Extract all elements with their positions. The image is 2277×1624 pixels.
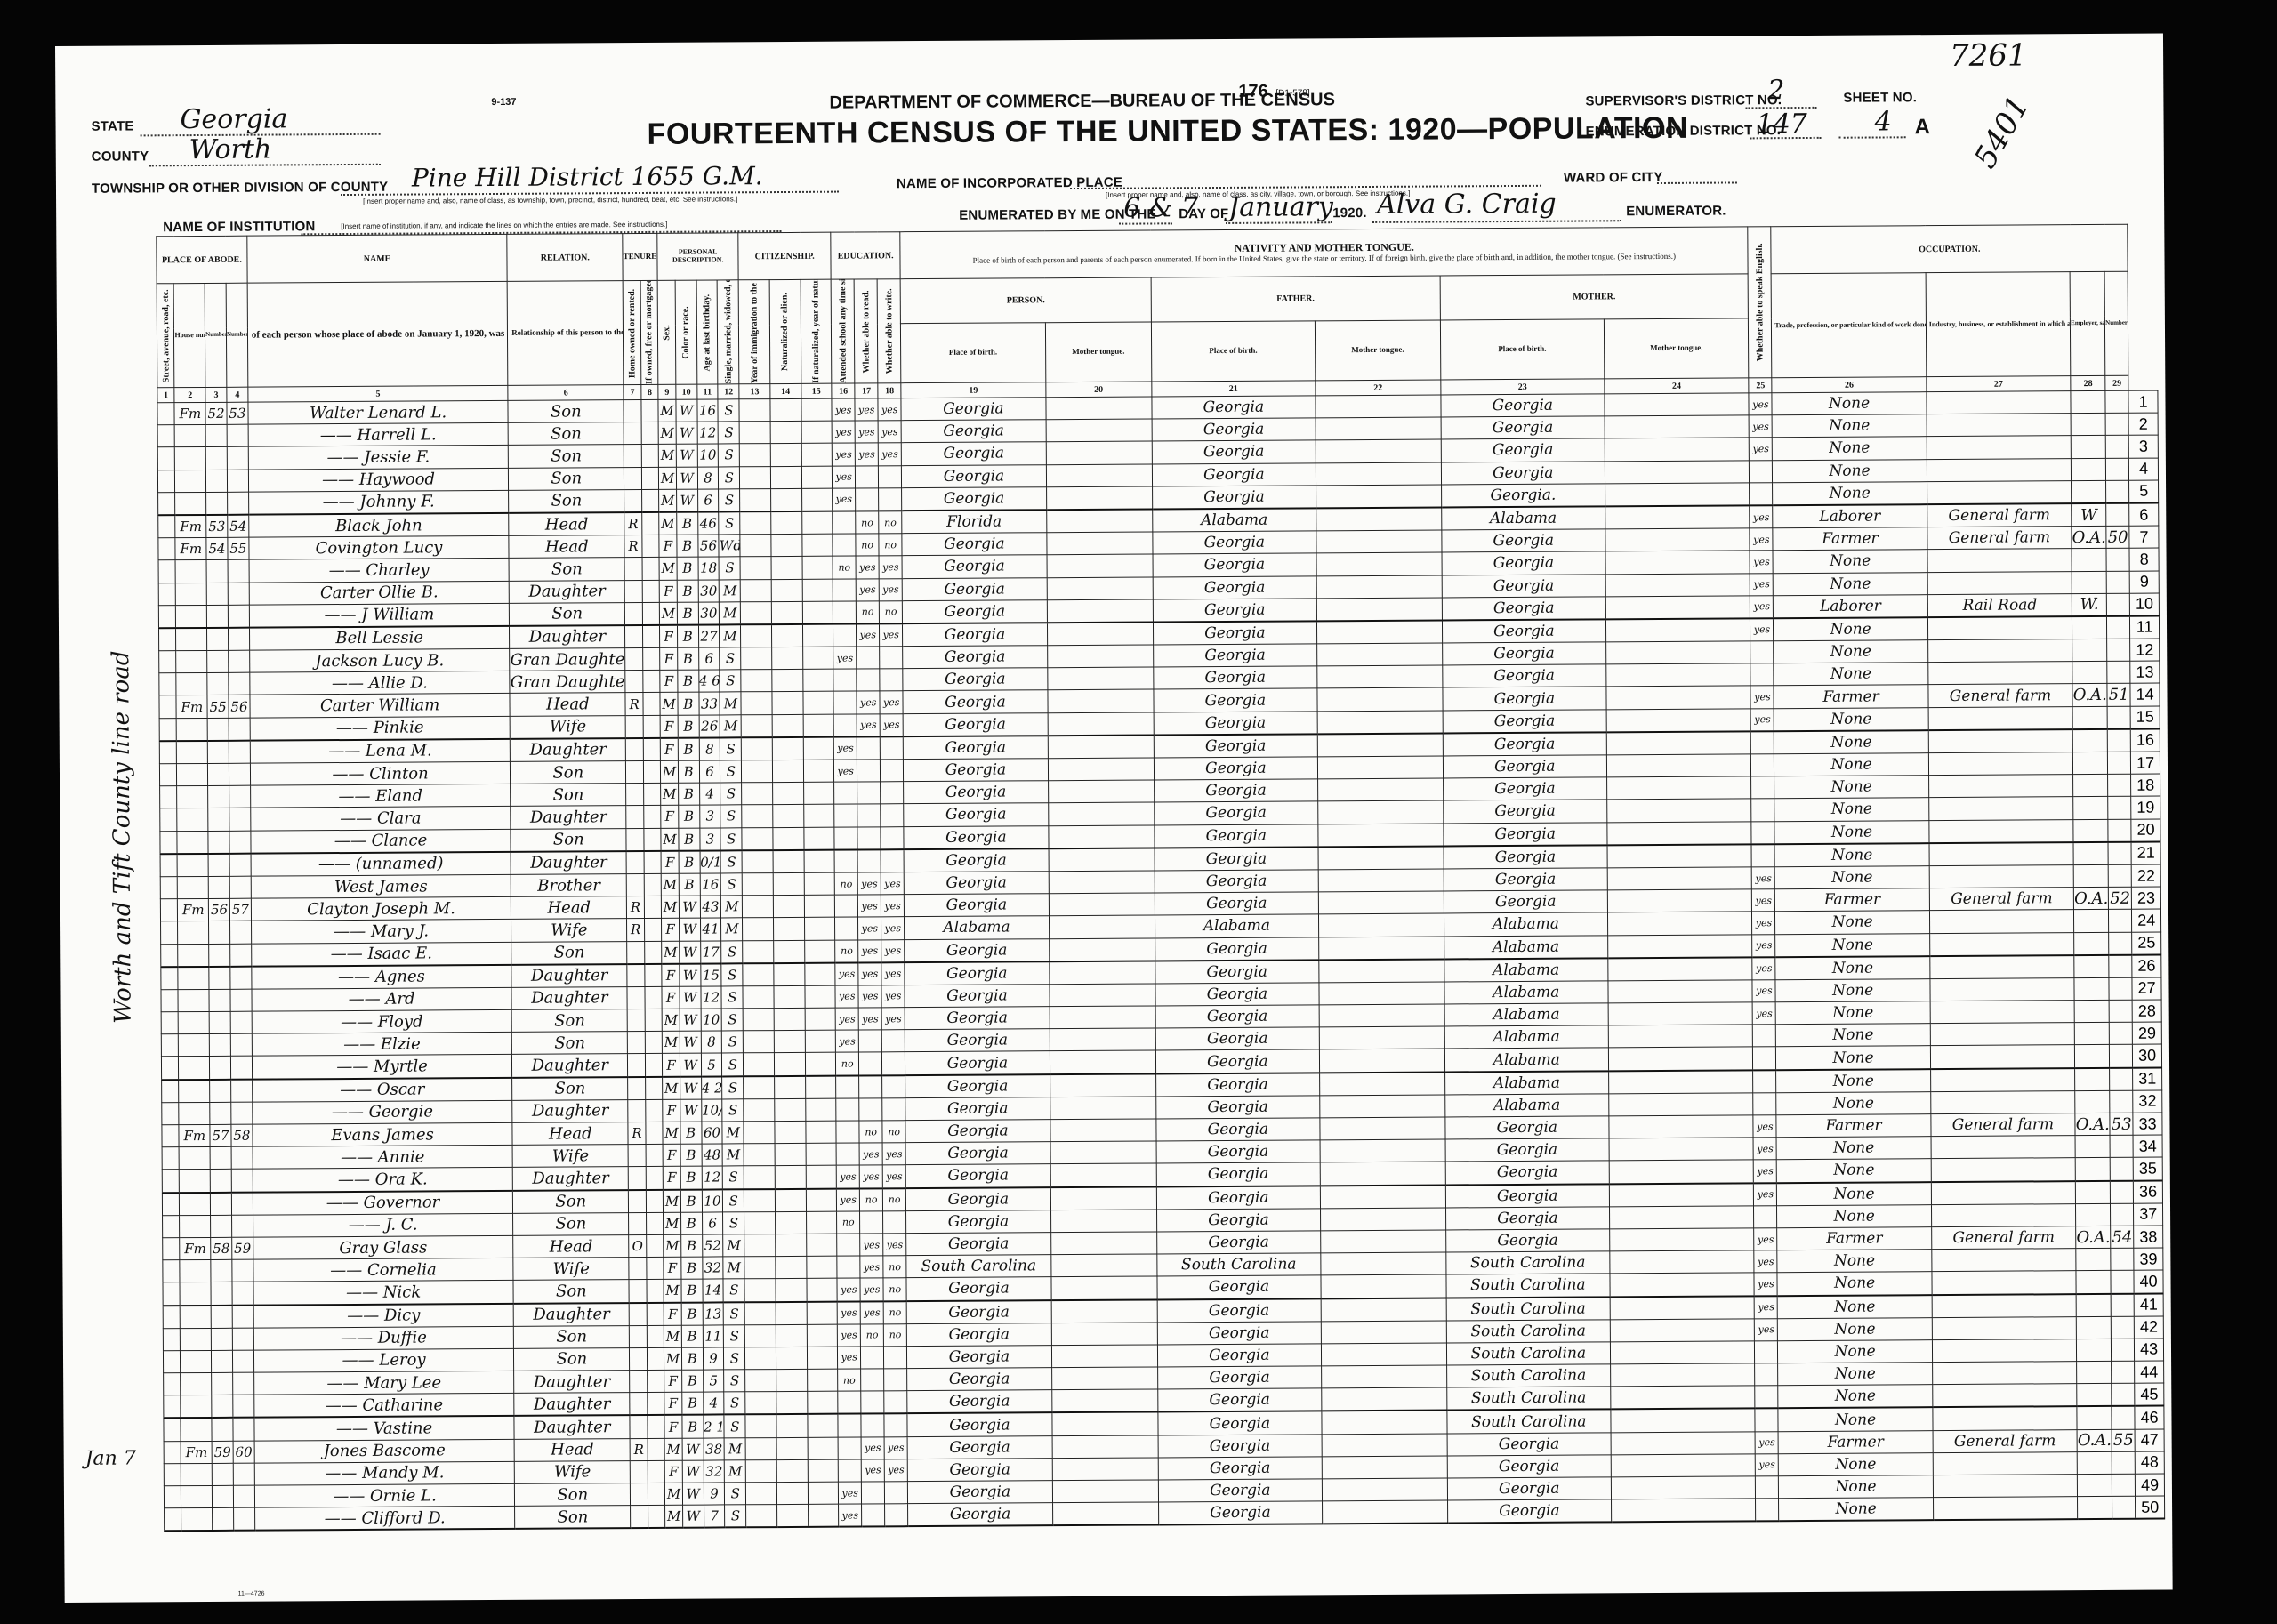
- cell-ms: S: [719, 557, 740, 579]
- cell-c13: [740, 535, 771, 557]
- cell-rd: yes: [855, 421, 878, 443]
- cell-ptongue: [1051, 1323, 1157, 1346]
- cell-mtongue: [1611, 1476, 1756, 1499]
- cell-c2: [177, 786, 208, 808]
- cell-c2: [181, 1305, 212, 1328]
- cell-occ: None: [1777, 1159, 1931, 1183]
- cell-name: —— Governor: [253, 1190, 513, 1214]
- cell-c14: [770, 444, 801, 466]
- cell-ptongue: [1048, 780, 1154, 803]
- cell-name: Covington Lucy: [249, 536, 510, 560]
- cell-occ: Farmer: [1776, 1114, 1930, 1138]
- cell-wr: yes: [879, 556, 902, 578]
- cell-ind: [1928, 662, 2073, 685]
- cell-c15: [803, 714, 834, 737]
- cell-sex: M: [664, 1438, 682, 1460]
- cell-sch: [835, 895, 858, 917]
- column-number: 6: [508, 385, 624, 401]
- cell-ms: S: [720, 737, 742, 760]
- cell-own: [624, 558, 642, 580]
- cell-race: W: [680, 963, 701, 986]
- cell-c13: [743, 985, 774, 1008]
- cell-wr: [882, 1097, 905, 1120]
- cell-c4: 60: [233, 1441, 254, 1463]
- cell-mpob: South Carolina: [1446, 1387, 1610, 1411]
- cell-rd: yes: [856, 556, 879, 578]
- cell-rel: Son: [515, 1506, 631, 1529]
- cell-ptongue: [1050, 1073, 1155, 1097]
- cell-rd: [859, 1098, 882, 1121]
- cell-c4: [229, 853, 251, 876]
- cell-mtongue: [1609, 1206, 1754, 1229]
- cell-c1: [158, 492, 176, 515]
- cell-sch: no: [836, 1052, 859, 1075]
- cell-mtongue: [1609, 1138, 1754, 1161]
- cell-eng: [1755, 1386, 1778, 1409]
- cell-c2: [179, 1102, 210, 1124]
- cell-mtongue: [1608, 957, 1753, 981]
- cell-mpob: Georgia: [1441, 438, 1605, 462]
- cell-c2: [175, 447, 206, 470]
- cell-occ: None: [1774, 707, 1928, 731]
- sheet-line: [1839, 136, 1906, 138]
- cell-rd: yes: [858, 1008, 881, 1030]
- cell-mtongue: [1605, 460, 1750, 483]
- cell-c3: [206, 492, 228, 515]
- cell-c3: [211, 1192, 232, 1215]
- cell-fpob: Georgia: [1155, 892, 1318, 915]
- column-number: 9: [658, 384, 676, 399]
- cell-c2: [178, 921, 209, 944]
- cell-c4: 57: [229, 898, 251, 921]
- cell-occ: None: [1775, 911, 1929, 934]
- enumerator-label: ENUMERATOR.: [1626, 204, 1726, 220]
- cell-c13: [742, 873, 773, 896]
- cell-cls: O.A.: [2076, 1226, 2111, 1248]
- cell-c3: [211, 1328, 232, 1350]
- cell-c2: [178, 876, 209, 898]
- cell-c13: [744, 1122, 775, 1144]
- cell-mpob: Georgia: [1445, 1229, 1609, 1252]
- column-number: 27: [1927, 376, 2072, 392]
- cell-race: W: [680, 986, 701, 1009]
- cell-mortgage: [641, 467, 659, 489]
- cell-own: [629, 1302, 647, 1325]
- cell-own: [625, 602, 643, 625]
- col-24-header: Mother tongue.: [1604, 318, 1749, 379]
- person-header: PERSON.: [900, 277, 1151, 324]
- cell-wr: yes: [880, 691, 903, 713]
- cell-c1: [164, 1441, 181, 1463]
- cell-ms: S: [725, 1505, 746, 1528]
- cell-ftongue: [1318, 869, 1444, 892]
- cell-mtongue: [1606, 641, 1751, 664]
- page-title: FOURTEENTH CENSUS OF THE UNITED STATES: …: [648, 111, 1689, 152]
- year-label: 1920.: [1332, 205, 1367, 221]
- cell-ind: [1927, 616, 2072, 640]
- cell-mtongue: [1608, 934, 1753, 958]
- cell-c15: [807, 1278, 838, 1301]
- col-23-header: Place of birth.: [1440, 319, 1605, 380]
- cell-eng: yes: [1750, 528, 1773, 551]
- cell-ind: [1927, 571, 2072, 594]
- line-number: 41: [2134, 1293, 2163, 1316]
- cell-rel: Gran Daughter: [510, 671, 625, 694]
- cell-sex: M: [660, 602, 678, 625]
- cell-own: [625, 671, 643, 693]
- cell-cls: [2073, 842, 2108, 865]
- cell-mpob: Georgia: [1442, 551, 1605, 575]
- cell-own: R: [624, 512, 642, 535]
- cell-farm: [2110, 1158, 2133, 1181]
- cell-cls: [2072, 639, 2107, 661]
- cell-sch: yes: [839, 1482, 862, 1504]
- cell-cls: W.: [2072, 593, 2107, 616]
- cell-rel: Daughter: [511, 964, 627, 987]
- cell-mtongue: [1605, 505, 1750, 529]
- cell-farm: [2107, 662, 2130, 684]
- group-citizenship: CITIZENSHIP.: [738, 232, 831, 280]
- cell-c1: [157, 447, 175, 470]
- cell-c4: [233, 1372, 254, 1395]
- cell-wr: yes: [878, 421, 901, 443]
- cell-occ: Farmer: [1773, 527, 1927, 551]
- col-28-header: Employer, salary or wage worker, or work…: [2070, 271, 2105, 375]
- cell-c3: [211, 1282, 232, 1306]
- cell-age: 6: [702, 1212, 723, 1234]
- cell-mortgage: [645, 1054, 663, 1077]
- cell-own: [624, 422, 641, 445]
- cell-sex: F: [663, 1144, 680, 1166]
- cell-c14: [774, 1053, 805, 1076]
- cell-cls: [2077, 1384, 2112, 1407]
- cell-age: 16: [697, 399, 719, 422]
- cell-ind: [1932, 1294, 2077, 1318]
- cell-ptongue: [1051, 1389, 1157, 1412]
- cell-name: —— Ornie L.: [254, 1483, 515, 1507]
- cell-mtongue: [1608, 1002, 1753, 1025]
- col-8-header: If owned, free or mortgaged.: [640, 280, 658, 384]
- cell-ftongue: [1317, 756, 1443, 779]
- cell-eng: yes: [1750, 595, 1774, 618]
- line-number: 40: [2134, 1270, 2163, 1293]
- cell-mtongue: [1609, 1093, 1754, 1116]
- cell-c1: [164, 1463, 181, 1485]
- cell-sch: yes: [833, 466, 856, 488]
- cell-c2: [180, 1193, 211, 1216]
- cell-cls: [2076, 1316, 2111, 1339]
- cell-ms: S: [722, 1009, 744, 1031]
- cell-farm: 55: [2112, 1429, 2135, 1451]
- line-number: 3: [2128, 435, 2158, 457]
- cell-fpob: Georgia: [1153, 575, 1316, 599]
- cell-c15: [801, 444, 833, 466]
- cell-c2: [181, 1373, 212, 1395]
- line-number: 36: [2134, 1180, 2163, 1203]
- cell-race: B: [677, 535, 698, 557]
- cell-rd: yes: [859, 1143, 882, 1165]
- column-number: 24: [1605, 378, 1750, 394]
- cell-sch: yes: [838, 1324, 861, 1347]
- cell-ms: M: [722, 1144, 744, 1166]
- cell-c4: [231, 1102, 253, 1124]
- cell-occ: None: [1776, 1091, 1930, 1114]
- cell-ftongue: [1320, 1095, 1445, 1118]
- cell-c14: [771, 624, 802, 647]
- cell-ms: M: [721, 918, 743, 940]
- cell-c13: [744, 1098, 775, 1121]
- cell-c13: [745, 1347, 776, 1369]
- cell-c14: [775, 1144, 806, 1166]
- cell-c14: [774, 985, 805, 1008]
- cell-c15: [805, 1098, 836, 1121]
- cell-rd: no: [861, 1324, 884, 1347]
- group-tenure: TENURE.: [623, 233, 657, 280]
- cell-rd: [862, 1482, 885, 1504]
- cell-mtongue: [1608, 1025, 1753, 1048]
- form-number: 9-137: [491, 97, 516, 108]
- cell-fpob: Georgia: [1154, 711, 1317, 735]
- cell-c3: [210, 1057, 231, 1080]
- cell-c15: [807, 1369, 838, 1391]
- cell-own: R: [627, 919, 645, 941]
- line-number: 24: [2132, 909, 2161, 931]
- cell-ptongue: [1049, 825, 1155, 848]
- cell-c13: [740, 488, 771, 511]
- cell-occ: Farmer: [1774, 685, 1927, 708]
- cell-eng: yes: [1754, 1228, 1777, 1250]
- cell-sex: M: [661, 873, 679, 896]
- cell-pob: Georgia: [907, 1346, 1052, 1369]
- cell-ind: General farm: [1927, 527, 2072, 550]
- cell-ind: General farm: [1929, 888, 2074, 911]
- line-number: 12: [2130, 639, 2160, 661]
- cell-ms: M: [725, 1460, 746, 1483]
- cell-rd: [857, 647, 880, 669]
- cell-rel: Wife: [511, 919, 627, 942]
- cell-c1: [161, 1012, 179, 1034]
- group-abode: PLACE OF ABODE.: [157, 236, 247, 284]
- cell-ftongue: [1321, 1298, 1446, 1322]
- cell-eng: yes: [1752, 934, 1775, 957]
- cell-c15: [806, 1166, 837, 1189]
- cell-cls: O.A.: [2072, 684, 2107, 706]
- cell-rel: Wife: [513, 1258, 629, 1281]
- cell-name: Clayton Joseph M.: [251, 897, 511, 921]
- cell-eng: yes: [1750, 573, 1774, 595]
- cell-mpob: Alabama: [1444, 1003, 1608, 1026]
- cell-c4: [230, 1033, 252, 1056]
- cell-c3: [211, 1259, 232, 1282]
- cell-c15: [804, 872, 835, 895]
- cell-cls: [2077, 1451, 2112, 1474]
- cell-c13: [744, 1211, 776, 1234]
- cell-farm: [2112, 1361, 2135, 1383]
- cell-c13: [745, 1415, 776, 1438]
- cell-own: [631, 1483, 648, 1505]
- cell-mortgage: [641, 512, 659, 535]
- cell-wr: yes: [881, 939, 905, 962]
- cell-sex: M: [659, 512, 677, 535]
- cell-age: 10: [701, 1009, 722, 1031]
- cell-sex: M: [661, 760, 679, 783]
- cell-ptongue: [1050, 1050, 1155, 1073]
- cell-mpob: South Carolina: [1446, 1342, 1610, 1365]
- cell-sex: F: [662, 986, 680, 1009]
- cell-c13: [744, 1279, 776, 1302]
- cell-ms: S: [721, 963, 743, 986]
- cell-ftongue: [1320, 1139, 1445, 1162]
- cell-c15: [806, 1211, 837, 1234]
- group-occupation: OCCUPATION.: [1771, 224, 2128, 273]
- cell-cls: [2077, 1339, 2112, 1361]
- cell-mortgage: [643, 671, 661, 693]
- column-number: 4: [227, 387, 248, 402]
- cell-mtongue: [1610, 1341, 1755, 1364]
- margin-note-road: Worth and Tift County line road: [108, 650, 137, 1024]
- cell-c13: [742, 737, 773, 760]
- cell-rel: Son: [508, 422, 624, 446]
- cell-ftongue: [1317, 733, 1443, 757]
- cell-sch: yes: [837, 1188, 860, 1211]
- column-number: 11: [696, 384, 718, 399]
- cell-mtongue: [1606, 686, 1751, 709]
- cell-ms: S: [720, 670, 741, 692]
- cell-cls: [2072, 706, 2107, 729]
- cell-fpob: Georgia: [1155, 801, 1318, 824]
- cell-race: W: [680, 1076, 701, 1099]
- cell-age: 17: [700, 940, 721, 963]
- cell-farm: [2109, 954, 2132, 977]
- cell-c2: [177, 831, 208, 854]
- cell-c2: [179, 1080, 210, 1103]
- cell-eng: [1753, 1070, 1776, 1093]
- cell-fpob: Georgia: [1156, 1209, 1320, 1232]
- cell-ind: [1929, 842, 2074, 866]
- cell-rel: Daughter: [511, 738, 626, 761]
- cell-cls: [2075, 1090, 2110, 1113]
- cell-fpob: Georgia: [1156, 1118, 1320, 1141]
- cell-cls: W: [2072, 503, 2106, 527]
- cell-sex: F: [665, 1460, 683, 1483]
- cell-wr: yes: [880, 713, 903, 736]
- cell-mortgage: [642, 602, 660, 625]
- cell-age: 15: [700, 963, 721, 986]
- line-number: 23: [2132, 887, 2161, 909]
- cell-occ: None: [1776, 1046, 1930, 1070]
- cell-farm: 51: [2107, 684, 2130, 706]
- cell-c1: [160, 899, 178, 921]
- cell-eng: [1755, 1363, 1778, 1386]
- cell-sch: [833, 579, 856, 601]
- cell-c15: [806, 1256, 837, 1278]
- cell-sex: M: [664, 1325, 682, 1347]
- cell-ptongue: [1049, 961, 1155, 984]
- cell-name: —— Pinkie: [250, 716, 511, 740]
- cell-rel: Wife: [515, 1460, 631, 1483]
- cell-ftongue: [1321, 1252, 1446, 1275]
- group-name: NAME: [247, 234, 508, 283]
- cell-c15: [802, 624, 833, 647]
- cell-sex: M: [663, 1076, 680, 1099]
- cell-ftongue: [1316, 530, 1442, 553]
- cell-wr: [879, 465, 902, 487]
- cell-c4: [229, 831, 251, 854]
- cell-sch: [837, 1256, 860, 1278]
- cell-c14: [773, 850, 804, 873]
- cell-wr: yes: [881, 962, 905, 985]
- cell-ftongue: [1318, 913, 1444, 937]
- cell-own: [628, 1032, 646, 1054]
- cell-ftongue: [1318, 800, 1444, 824]
- cell-fpob: Georgia: [1158, 1479, 1322, 1502]
- cell-occ: None: [1777, 1182, 1931, 1206]
- cell-farm: 53: [2110, 1113, 2133, 1135]
- cell-rel: Son: [511, 1009, 627, 1033]
- ward-line: [1657, 181, 1737, 184]
- cell-ftongue: [1318, 891, 1444, 914]
- col-11-header: Age at last birthday.: [696, 280, 719, 384]
- cell-ind: [1930, 955, 2075, 979]
- cell-sex: M: [661, 828, 679, 851]
- line-number: 42: [2135, 1316, 2164, 1339]
- cell-fpob: Georgia: [1153, 599, 1316, 623]
- cell-c4: [230, 966, 252, 989]
- col-14-header: Naturalized or alien.: [769, 279, 801, 383]
- cell-wr: [883, 1210, 906, 1233]
- cell-mtongue: [1611, 1386, 1756, 1410]
- cell-ptongue: [1046, 397, 1152, 420]
- cell-ind: [1929, 819, 2074, 843]
- cell-ms: S: [724, 1370, 745, 1392]
- cell-fpob: Georgia: [1153, 531, 1316, 554]
- cell-race: B: [677, 647, 698, 670]
- cell-fpob: Georgia: [1155, 824, 1318, 848]
- cell-c3: [210, 1079, 231, 1102]
- cell-wr: [885, 1504, 908, 1527]
- column-number: 23: [1441, 379, 1605, 395]
- cell-ind: [1927, 458, 2072, 481]
- col-16-header: Attended school any time since Sept. 1, …: [831, 279, 855, 383]
- cell-sch: no: [833, 556, 856, 578]
- cell-mortgage: [642, 558, 660, 580]
- cell-cls: [2074, 977, 2109, 1000]
- cell-c13: [741, 624, 772, 647]
- cell-c15: [802, 556, 833, 578]
- cell-farm: [2111, 1248, 2134, 1270]
- cell-farm: [2106, 503, 2129, 527]
- cell-ind: [1928, 775, 2073, 798]
- cell-farm: [2109, 977, 2132, 1000]
- cell-c4: [231, 1079, 253, 1102]
- cell-rd: [857, 782, 881, 804]
- cell-age: 33: [699, 692, 720, 714]
- cell-sch: [838, 1391, 861, 1414]
- cell-ind: [1933, 1497, 2078, 1521]
- cell-farm: [2110, 1045, 2133, 1068]
- cell-ftongue: [1319, 1049, 1444, 1073]
- cell-c3: 55: [207, 695, 229, 718]
- cell-sex: F: [664, 1302, 681, 1325]
- line-number: 27: [2132, 977, 2161, 1000]
- cell-name: —— (unnamed): [251, 852, 511, 876]
- cell-mtongue: [1605, 415, 1750, 438]
- cell-c1: [164, 1419, 181, 1442]
- cell-race: B: [682, 1415, 704, 1438]
- cell-farm: [2106, 549, 2129, 571]
- cell-c4: 53: [227, 402, 248, 424]
- cell-mortgage: [643, 715, 661, 738]
